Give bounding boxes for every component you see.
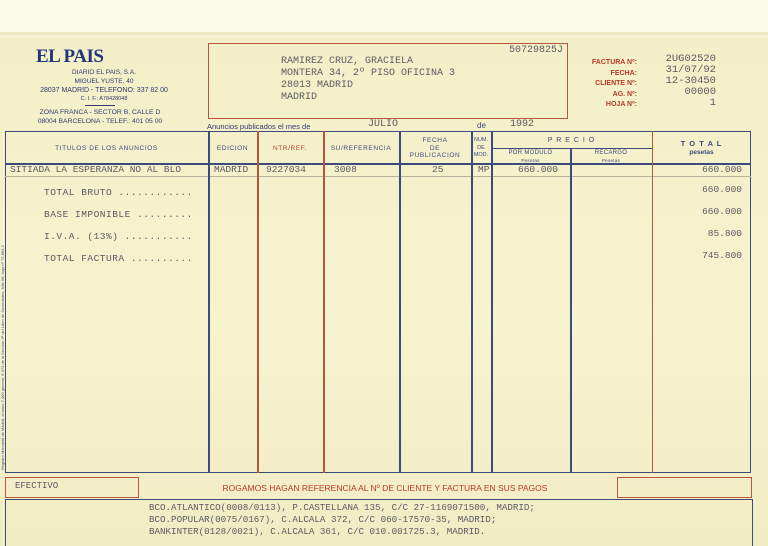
- header-su-referencia: SU/REFERENCIA: [323, 145, 399, 153]
- header-recargo-label: RECARGO: [570, 150, 652, 158]
- customer-id: 50729825J: [509, 45, 563, 56]
- period-year: 1992: [510, 119, 534, 130]
- branch-info: ZONA FRANCA - SECTOR B, CALLE D 08004 BA…: [0, 108, 200, 126]
- period-de: de: [477, 121, 486, 130]
- bank-bankinter: BANKINTER(0128/0021), C.ALCALA 361, C/C …: [149, 526, 535, 538]
- company-divider: [85, 105, 115, 106]
- header-por-modulo: POR MODULO Pesetas: [491, 150, 570, 163]
- header-total-sub: pesetas: [652, 148, 751, 157]
- row-total: 660.000: [702, 164, 742, 175]
- row-ntr-ref: 9227034: [266, 164, 306, 175]
- hoja-number: 1: [648, 98, 716, 109]
- company-cif: C. I. F.: A78428048: [4, 95, 204, 104]
- customer-city: MADRID: [281, 92, 455, 104]
- row-num-mod: MP: [478, 164, 489, 175]
- header-num-mod: NUM. DE MOD.: [471, 137, 491, 160]
- ag-number: 00000: [648, 87, 716, 98]
- payment-method: EFECTIVO: [15, 481, 58, 491]
- invoice-labels: FACTURA Nº: FECHA: CLIENTE Nº: AG. Nº: H…: [575, 58, 637, 111]
- customer-name: RAMIREZ CRUZ, GRACIELA: [281, 56, 455, 68]
- summary-base-imponible-value: 660.000: [702, 206, 742, 217]
- period-label: Anuncios publicados el mes de: [207, 122, 310, 131]
- col-sep-fecha: [399, 131, 401, 473]
- col-sep-edicion: [208, 131, 210, 473]
- summary-iva-label: I.V.A. (13%) ...........: [44, 231, 193, 242]
- period-month: JULIO: [368, 119, 398, 130]
- empty-footer-box: [617, 477, 752, 498]
- hoja-label: HOJA Nº:: [575, 100, 637, 111]
- summary-total-factura-value: 745.800: [702, 250, 742, 261]
- payment-method-box: EFECTIVO: [5, 477, 139, 498]
- registry-note: Registro Mercantil de Madrid, al tomo 7.…: [0, 190, 10, 470]
- summary-total-bruto-value: 660.000: [702, 184, 742, 195]
- col-sep-ntr-left: [257, 131, 259, 473]
- col-sep-precio: [491, 131, 493, 473]
- row-por-modulo: 660.000: [518, 164, 558, 175]
- summary-base-imponible-label: BASE IMPONIBLE .........: [44, 209, 193, 220]
- header-recargo: RECARGO Pesetas: [570, 150, 652, 163]
- branch-street: ZONA FRANCA - SECTOR B, CALLE D: [0, 108, 200, 117]
- row-divider: [5, 176, 751, 177]
- header-num-line1: NUM.: [471, 137, 491, 145]
- payment-notice: ROGAMOS HAGAN REFERENCIA AL Nº DE CLIENT…: [150, 483, 620, 493]
- col-sep-ntr-right: [323, 131, 325, 473]
- branch-city-phone: 08004 BARCELONA - TELEF.: 401 05 00: [0, 117, 200, 126]
- fecha-label: FECHA:: [575, 69, 637, 80]
- header-total: T O T A L pesetas: [652, 139, 751, 157]
- header-titulos: TITULOS DE LOS ANUNCIOS: [5, 145, 208, 153]
- ag-label: AG. Nº:: [575, 90, 637, 101]
- company-city-phone: 28037 MADRID - TELEFONO: 337 82 00: [4, 86, 204, 95]
- summary-total-bruto-label: TOTAL BRUTO ............: [44, 187, 193, 198]
- header-fecha-line2: DE: [399, 145, 471, 153]
- header-precio: P R E C I O: [491, 137, 652, 145]
- header-fecha-line3: PUBLICACION: [399, 152, 471, 160]
- precio-divider: [491, 148, 652, 149]
- factura-label: FACTURA Nº:: [575, 58, 637, 69]
- invoice-values: 2UG02520 31/07/92 12-30450 00000 1: [648, 54, 716, 109]
- col-sep-recargo: [570, 148, 572, 473]
- summary-iva-value: 85.800: [708, 228, 742, 239]
- row-fecha: 25: [432, 164, 443, 175]
- header-fecha-line1: FECHA: [399, 137, 471, 145]
- cliente-label: CLIENTE Nº:: [575, 79, 637, 90]
- customer-address-line1: MONTERA 34, 2º PISO OFICINA 3: [281, 68, 455, 80]
- col-sep-num: [471, 131, 473, 473]
- header-num-line3: MOD.: [471, 152, 491, 160]
- row-su-referencia: 3008: [334, 164, 357, 175]
- header-por-modulo-label: POR MODULO: [491, 150, 570, 158]
- summary-total-factura-label: TOTAL FACTURA ..........: [44, 253, 193, 264]
- items-table: [5, 131, 751, 473]
- customer-address: RAMIREZ CRUZ, GRACIELA MONTERA 34, 2º PI…: [281, 56, 455, 104]
- company-street: MIGUEL YUSTE, 40: [4, 77, 204, 86]
- company-name: DIARIO EL PAIS, S.A.: [4, 68, 204, 77]
- bank-atlantico: BCO.ATLANTICO(0008/0113), P.CASTELLANA 1…: [149, 502, 535, 514]
- customer-address-box: 50729825J RAMIREZ CRUZ, GRACIELA MONTERA…: [208, 43, 568, 119]
- customer-address-line2: 28013 MADRID: [281, 80, 455, 92]
- row-edicion: MADRID: [214, 164, 248, 175]
- row-titulo: SITIADA LA ESPERANZA NO AL BLO: [10, 164, 181, 175]
- header-recargo-sub: Pesetas: [570, 158, 652, 163]
- bank-popular: BCO.POPULAR(0075/0167), C.ALCALA 372, C/…: [149, 514, 535, 526]
- total-column: [652, 131, 751, 473]
- header-por-modulo-sub: Pesetas: [491, 158, 570, 163]
- header-ntr-ref: NTR/REF.: [257, 145, 323, 153]
- header-edicion: EDICION: [208, 145, 257, 153]
- header-total-label: T O T A L: [652, 139, 751, 148]
- header-num-line2: DE: [471, 145, 491, 153]
- bank-accounts-box: BCO.ATLANTICO(0008/0113), P.CASTELLANA 1…: [5, 499, 753, 546]
- header-fecha: FECHA DE PUBLICACION: [399, 137, 471, 160]
- paper-fold: [0, 32, 768, 35]
- bank-list: BCO.ATLANTICO(0008/0113), P.CASTELLANA 1…: [149, 502, 535, 538]
- company-info: DIARIO EL PAIS, S.A. MIGUEL YUSTE, 40 28…: [4, 68, 204, 104]
- el-pais-logo: EL PAIS: [36, 46, 103, 68]
